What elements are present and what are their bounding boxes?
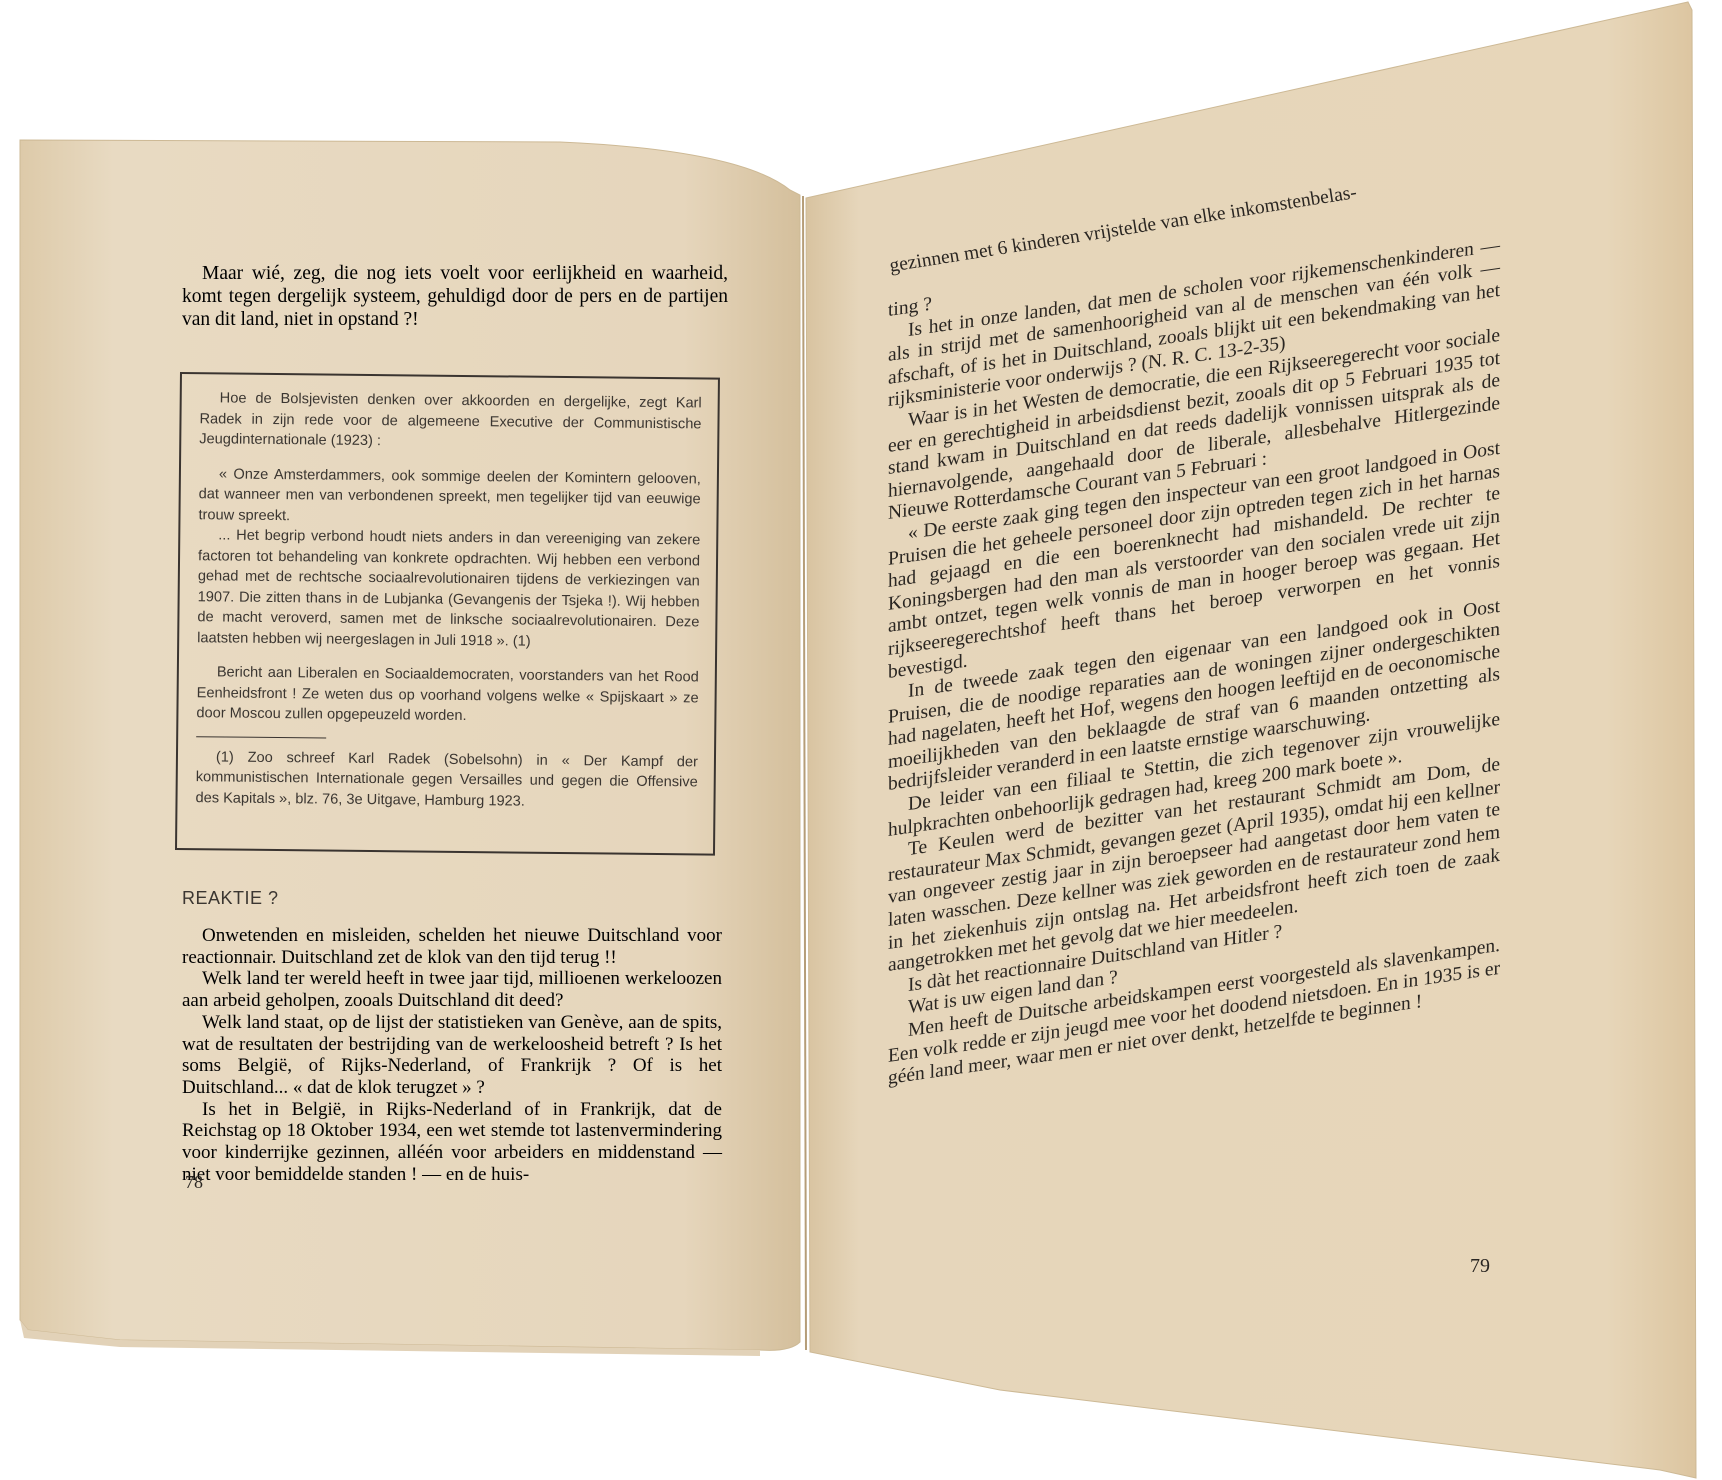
- footnote-rule: [196, 736, 326, 738]
- intro-paragraph: Maar wié, zeg, die nog iets voelt voor e…: [182, 262, 728, 331]
- right-page-body: ting ? Is het in onze landen, dat men de…: [888, 212, 1500, 1091]
- radek-quote-box: Hoe de Bolsjevisten denken over akkoorde…: [175, 372, 720, 856]
- section-heading: REAKTIE ?: [182, 888, 279, 909]
- left-page-intro: Maar wié, zeg, die nog iets voelt voor e…: [182, 262, 728, 331]
- book-spine: [803, 196, 806, 1350]
- page-number-left: 78: [185, 1172, 203, 1193]
- reaktie-section: Onwetenden en misleiden, schelden het ni…: [182, 925, 722, 1185]
- box-paragraph-4: Bericht aan Liberalen en Sociaaldemocrat…: [196, 662, 699, 729]
- box-paragraph-1: Hoe de Bolsjevisten denken over akkoorde…: [199, 388, 702, 455]
- page-number-right: 79: [1470, 1255, 1490, 1278]
- paragraph: Welk land staat, op de lijst der statist…: [182, 1012, 722, 1099]
- open-book: Maar wié, zeg, die nog iets voelt voor e…: [0, 0, 1722, 1480]
- box-paragraph-3: ... Het begrip verbond houdt niets ander…: [197, 525, 700, 653]
- paragraph: Is het in België, in Rijks-Nederland of …: [182, 1099, 722, 1186]
- box-footnote: (1) Zoo schreef Karl Radek (Sobelsohn) i…: [195, 747, 698, 814]
- paragraph: Welk land ter wereld heeft in twee jaar …: [182, 968, 722, 1011]
- paragraph: Onwetenden en misleiden, schelden het ni…: [182, 925, 722, 968]
- box-paragraph-2: « Onze Amsterdammers, ook sommige deelen…: [198, 464, 701, 531]
